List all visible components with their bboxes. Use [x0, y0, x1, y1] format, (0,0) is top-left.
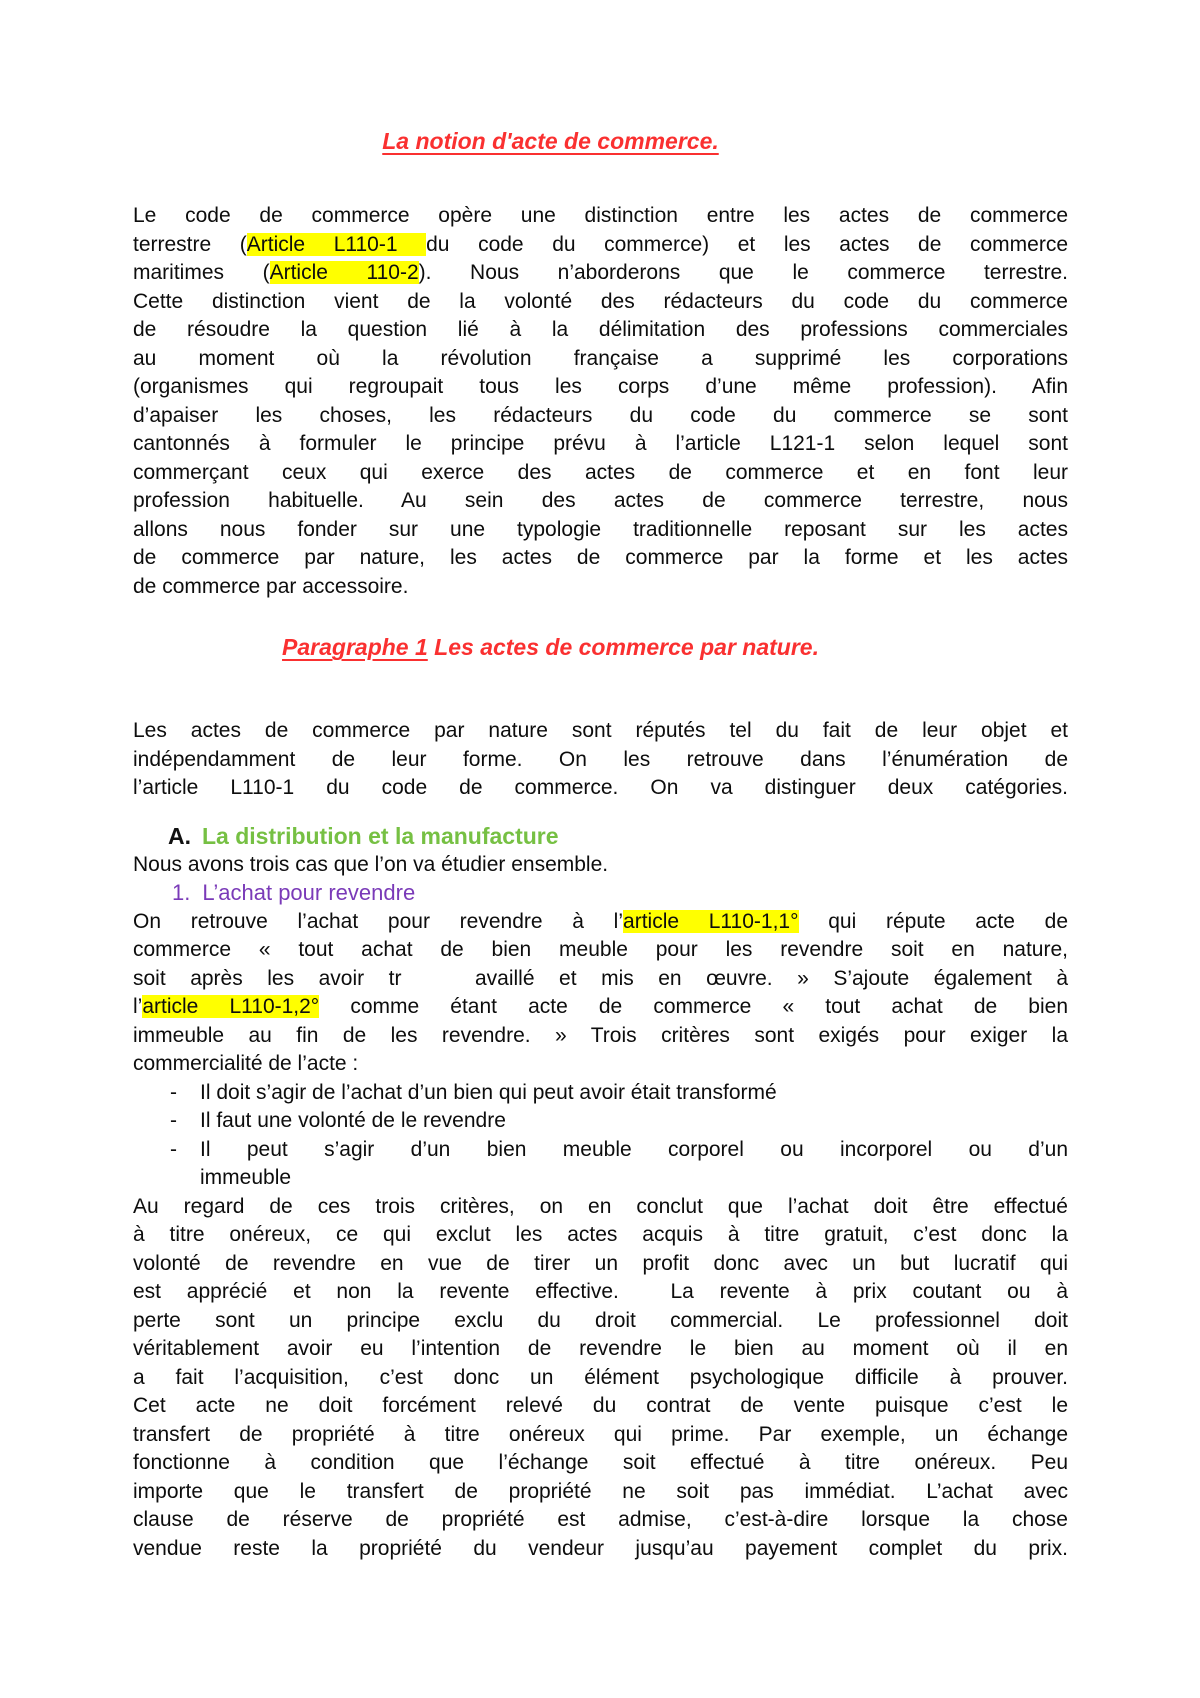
text-line: à titre onéreux, ce qui exclut les actes… — [133, 1221, 1068, 1250]
text-line: Cette distinction vient de la volonté de… — [133, 288, 1068, 317]
text-line: indépendamment de leur forme. On les ret… — [133, 746, 1068, 775]
text-segment: Les actes de commerce par nature sont ré… — [133, 719, 1068, 742]
text-segment: à titre onéreux, ce qui exclut les actes… — [133, 1223, 1068, 1246]
heading-subsection-a: A.La distribution et la manufacture — [133, 821, 1068, 851]
list-item-text: Il peut s’agir d’un bien meuble corporel… — [200, 1136, 1068, 1193]
text-line: cantonnés à formuler le principe prévu à… — [133, 430, 1068, 459]
text-line: Au regard de ces trois critères, on en c… — [133, 1193, 1068, 1222]
paragraph-item-body: On retrouve l’achat pour revendre à l’ar… — [133, 908, 1068, 1079]
subsection-title: La distribution et la manufacture — [202, 823, 559, 849]
text-segment: maritimes ( — [133, 261, 270, 284]
text-segment: immeuble au fin de les revendre. » Trois… — [133, 1024, 1068, 1047]
text-segment: vendue reste la propriété du vendeur jus… — [133, 1537, 1068, 1560]
text-line: profession habituelle. Au sein des actes… — [133, 487, 1068, 516]
text-line: soit après les avoir tr availlé et mis e… — [133, 965, 1068, 994]
text-line: On retrouve l’achat pour revendre à l’ar… — [133, 908, 1068, 937]
text-segment: clause de réserve de propriété est admis… — [133, 1508, 1068, 1531]
text-segment: Le code de commerce opère une distinctio… — [133, 204, 1068, 227]
text-line: terrestre (Article L110-1 du code du com… — [133, 231, 1068, 260]
text-segment: Cette distinction vient de la volonté de… — [133, 290, 1068, 313]
text-line: Cet acte ne doit forcément relevé du con… — [133, 1392, 1068, 1421]
document-title: La notion d'acte de commerce. — [133, 124, 1068, 158]
text-segment: véritablement avoir eu l’intention de re… — [133, 1337, 1068, 1360]
heading-paragraphe-1-number: Paragraphe 1 — [282, 634, 428, 660]
text-line: de commerce par accessoire. — [133, 573, 1068, 602]
text-line: véritablement avoir eu l’intention de re… — [133, 1335, 1068, 1364]
list-item-text: Il faut une volonté de le revendre — [200, 1107, 1068, 1136]
text-segment: Cet acte ne doit forcément relevé du con… — [133, 1394, 1068, 1417]
text-line: est apprécié et non la revente effective… — [133, 1278, 1068, 1307]
document-title-text: La notion d'acte de commerce. — [382, 128, 719, 154]
text-segment: Au regard de ces trois critères, on en c… — [133, 1195, 1068, 1218]
paragraph-analysis: Au regard de ces trois critères, on en c… — [133, 1193, 1068, 1564]
bullet-dash: - — [133, 1136, 200, 1193]
text-line: fonctionne à condition que l’échange soi… — [133, 1449, 1068, 1478]
text-line: a fait l’acquisition, c’est donc un élém… — [133, 1364, 1068, 1393]
highlighted-text: Article 110-2 — [270, 261, 419, 284]
text-line: de résoudre la question lié à la délimit… — [133, 316, 1068, 345]
text-line: transfert de propriété à titre onéreux q… — [133, 1421, 1068, 1450]
highlighted-text: article L110-1,1° — [623, 910, 798, 933]
text-segment: profession habituelle. Au sein des actes… — [133, 489, 1068, 512]
bullet-dash: - — [133, 1079, 200, 1108]
list-item-text: Il doit s’agir de l’achat d’un bien qui … — [200, 1079, 1068, 1108]
text-line: l’article L110-1,2° comme étant acte de … — [133, 993, 1068, 1022]
list-item: - Il doit s’agir de l’achat d’un bien qu… — [133, 1079, 1068, 1108]
heading-item-1: 1.L’achat pour revendre — [133, 879, 1068, 908]
text-segment: On retrouve l’achat pour revendre à l’ — [133, 910, 623, 933]
text-line: Il peut s’agir d’un bien meuble corporel… — [200, 1136, 1068, 1165]
text-segment: qui répute acte de — [799, 910, 1069, 933]
text-segment: d’apaiser les choses, les rédacteurs du … — [133, 404, 1068, 427]
text-segment: Il faut une volonté de le revendre — [200, 1109, 506, 1132]
text-segment: de commerce par accessoire. — [133, 575, 408, 598]
text-segment: fonctionne à condition que l’échange soi… — [133, 1451, 1068, 1474]
highlighted-text: article L110-1,2° — [142, 995, 319, 1018]
text-segment: ). Nous n’aborderons que le commerce ter… — [419, 261, 1068, 284]
text-segment: Il doit s’agir de l’achat d’un bien qui … — [200, 1081, 777, 1104]
text-line: au moment où la révolution française a s… — [133, 345, 1068, 374]
text-line: Il faut une volonté de le revendre — [200, 1107, 1068, 1136]
text-segment: cantonnés à formuler le principe prévu à… — [133, 432, 1068, 455]
text-line: Le code de commerce opère une distinctio… — [133, 202, 1068, 231]
text-segment: de résoudre la question lié à la délimit… — [133, 318, 1068, 341]
list-item: - Il faut une volonté de le revendre — [133, 1107, 1068, 1136]
bullet-dash: - — [133, 1107, 200, 1136]
list-item: - Il peut s’agir d’un bien meuble corpor… — [133, 1136, 1068, 1193]
text-line: immeuble au fin de les revendre. » Trois… — [133, 1022, 1068, 1051]
text-line: Les actes de commerce par nature sont ré… — [133, 717, 1068, 746]
text-line: immeuble — [200, 1164, 1068, 1193]
text-segment: perte sont un principe exclu du droit co… — [133, 1309, 1068, 1332]
text-segment: l’article L110-1 du code de commerce. On… — [133, 776, 1068, 799]
paragraph-section-lead: Les actes de commerce par nature sont ré… — [133, 717, 1068, 803]
text-line: commerçant ceux qui exerce des actes de … — [133, 459, 1068, 488]
text-segment: Il peut s’agir d’un bien meuble corporel… — [200, 1138, 1068, 1161]
text-segment: du code du commerce) et les actes de com… — [426, 233, 1068, 256]
text-segment: (organismes qui regroupait tous les corp… — [133, 375, 1068, 398]
text-segment: l’ — [133, 995, 142, 1018]
text-line: de commerce par nature, les actes de com… — [133, 544, 1068, 573]
text-line: (organismes qui regroupait tous les corp… — [133, 373, 1068, 402]
text-line: commercialité de l’acte : — [133, 1050, 1068, 1079]
text-segment: soit après les avoir tr availlé et mis e… — [133, 967, 1068, 990]
subsection-letter: A. — [168, 823, 191, 849]
text-segment: a fait l’acquisition, c’est donc un élém… — [133, 1366, 1068, 1389]
text-line: Il doit s’agir de l’achat d’un bien qui … — [200, 1079, 1068, 1108]
item-title: L’achat pour revendre — [202, 880, 415, 905]
document-page: La notion d'acte de commerce. Le code de… — [0, 0, 1200, 1698]
text-line: d’apaiser les choses, les rédacteurs du … — [133, 402, 1068, 431]
criteria-list: - Il doit s’agir de l’achat d’un bien qu… — [133, 1079, 1068, 1193]
text-segment: au moment où la révolution française a s… — [133, 347, 1068, 370]
text-line: perte sont un principe exclu du droit co… — [133, 1307, 1068, 1336]
text-segment: commerce « tout achat de bien meuble pou… — [133, 938, 1068, 961]
heading-paragraphe-1-title: Les actes de commerce par nature. — [428, 634, 819, 660]
text-segment: importe que le transfert de propriété ne… — [133, 1480, 1068, 1503]
text-segment: immeuble — [200, 1166, 291, 1189]
text-segment: comme étant acte de commerce « tout acha… — [319, 995, 1068, 1018]
text-line: maritimes (Article 110-2). Nous n’aborde… — [133, 259, 1068, 288]
highlighted-text: Article L110-1 — [247, 233, 426, 256]
page-content: La notion d'acte de commerce. Le code de… — [133, 0, 1068, 1563]
text-segment: allons nous fonder sur une typologie tra… — [133, 518, 1068, 541]
text-line: l’article L110-1 du code de commerce. On… — [133, 774, 1068, 803]
subsection-lead-line: Nous avons trois cas que l’on va étudier… — [133, 851, 1068, 880]
text-line: volonté de revendre en vue de tirer un p… — [133, 1250, 1068, 1279]
text-segment: indépendamment de leur forme. On les ret… — [133, 748, 1068, 771]
text-segment: commercialité de l’acte : — [133, 1052, 358, 1075]
text-line: allons nous fonder sur une typologie tra… — [133, 516, 1068, 545]
text-segment: terrestre ( — [133, 233, 247, 256]
text-line: commerce « tout achat de bien meuble pou… — [133, 936, 1068, 965]
text-segment: transfert de propriété à titre onéreux q… — [133, 1423, 1068, 1446]
heading-paragraphe-1: Paragraphe 1 Les actes de commerce par n… — [133, 630, 1068, 664]
paragraph-intro: Le code de commerce opère une distinctio… — [133, 202, 1068, 601]
text-segment: commerçant ceux qui exerce des actes de … — [133, 461, 1068, 484]
text-segment: volonté de revendre en vue de tirer un p… — [133, 1252, 1068, 1275]
text-segment: est apprécié et non la revente effective… — [133, 1280, 1068, 1303]
text-line: clause de réserve de propriété est admis… — [133, 1506, 1068, 1535]
item-number: 1. — [172, 880, 190, 905]
text-line: vendue reste la propriété du vendeur jus… — [133, 1535, 1068, 1564]
text-line: importe que le transfert de propriété ne… — [133, 1478, 1068, 1507]
text-segment: de commerce par nature, les actes de com… — [133, 546, 1068, 569]
